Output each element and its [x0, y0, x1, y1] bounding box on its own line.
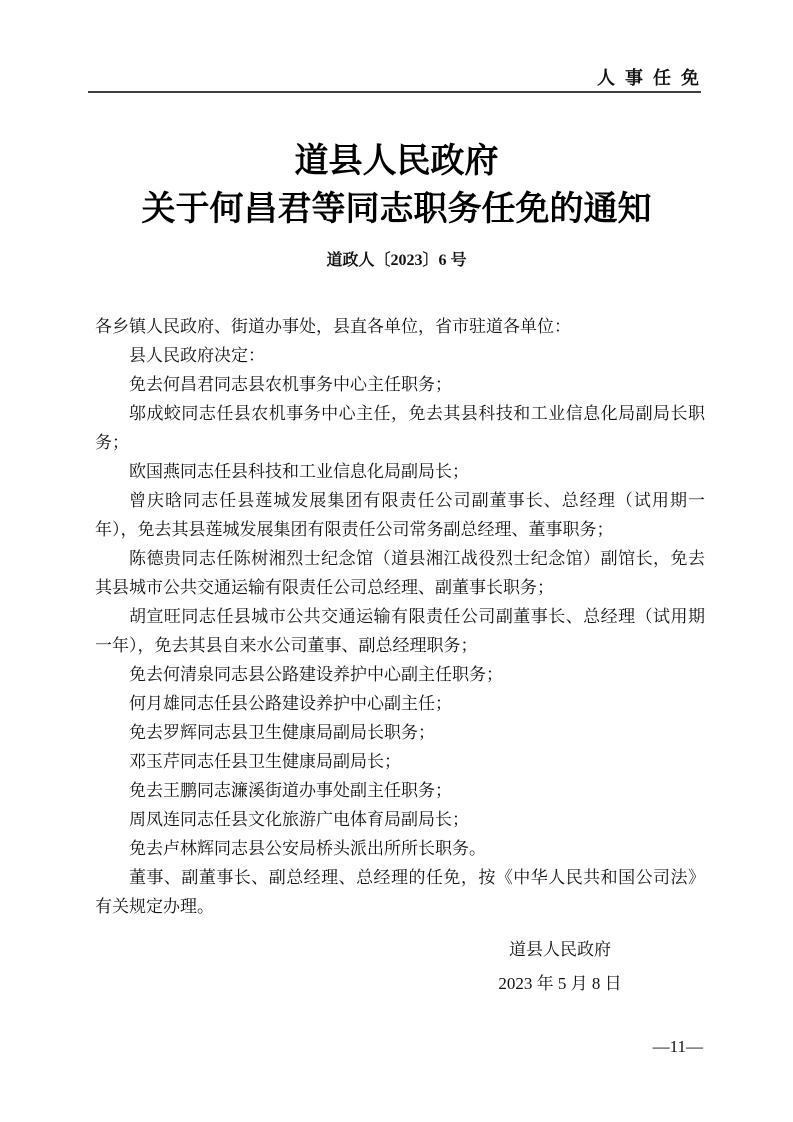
signature-issuer: 道县人民政府: [452, 933, 668, 967]
document-title-line1: 道县人民政府: [0, 138, 793, 186]
salutation-line: 各乡镇人民政府、街道办事处，县直各单位，省市驻道各单位：: [95, 312, 705, 341]
body-paragraph: 周凤连同志任县文化旅游广电体育局副局长；: [95, 805, 705, 834]
body-paragraph: 欧国燕同志任县科技和工业信息化局副局长；: [95, 457, 705, 486]
document-number: 道政人〔2023〕6 号: [0, 247, 793, 270]
body-paragraph: 免去卢林辉同志县公安局桥头派出所所长职务。: [95, 834, 705, 863]
body-paragraph: 陈德贵同志任陈树湘烈士纪念馆（道县湘江战役烈士纪念馆）副馆长，免去其县城市公共交…: [95, 544, 705, 602]
page-number: —11—: [653, 1037, 703, 1057]
body-paragraph: 免去何昌君同志县农机事务中心主任职务；: [95, 370, 705, 399]
body-paragraph: 邓玉芹同志任县卫生健康局副局长；: [95, 747, 705, 776]
body-paragraph: 董事、副董事长、副总经理、总经理的任免，按《中华人民共和国公司法》有关规定办理。: [95, 863, 705, 921]
body-paragraph: 邬成蛟同志任县农机事务中心主任，免去其县科技和工业信息化局副局长职务；: [95, 399, 705, 457]
body-paragraph: 胡宣旺同志任县城市公共交通运输有限责任公司副董事长、总经理（试用期一年），免去其…: [95, 602, 705, 660]
header-rule: [88, 91, 701, 93]
signature-block: 道县人民政府 2023 年 5 月 8 日: [452, 933, 668, 1001]
body-paragraph: 免去何清泉同志县公路建设养护中心副主任职务；: [95, 660, 705, 689]
document-page: 人事任免 道县人民政府 关于何昌君等同志职务任免的通知 道政人〔2023〕6 号…: [0, 0, 793, 1122]
document-title-line2: 关于何昌君等同志职务任免的通知: [0, 186, 793, 234]
document-body: 各乡镇人民政府、街道办事处，县直各单位，省市驻道各单位： 县人民政府决定： 免去…: [95, 312, 705, 921]
signature-date: 2023 年 5 月 8 日: [452, 967, 668, 1001]
header-category-label: 人事任免: [597, 64, 709, 90]
body-paragraph: 县人民政府决定：: [95, 341, 705, 370]
body-paragraph: 免去罗辉同志县卫生健康局副局长职务；: [95, 718, 705, 747]
body-paragraph: 免去王鹏同志濂溪街道办事处副主任职务；: [95, 776, 705, 805]
body-paragraph: 何月雄同志任县公路建设养护中心副主任；: [95, 689, 705, 718]
body-paragraph: 曾庆晗同志任县莲城发展集团有限责任公司副董事长、总经理（试用期一年），免去其县莲…: [95, 486, 705, 544]
document-title: 道县人民政府 关于何昌君等同志职务任免的通知: [0, 138, 793, 234]
